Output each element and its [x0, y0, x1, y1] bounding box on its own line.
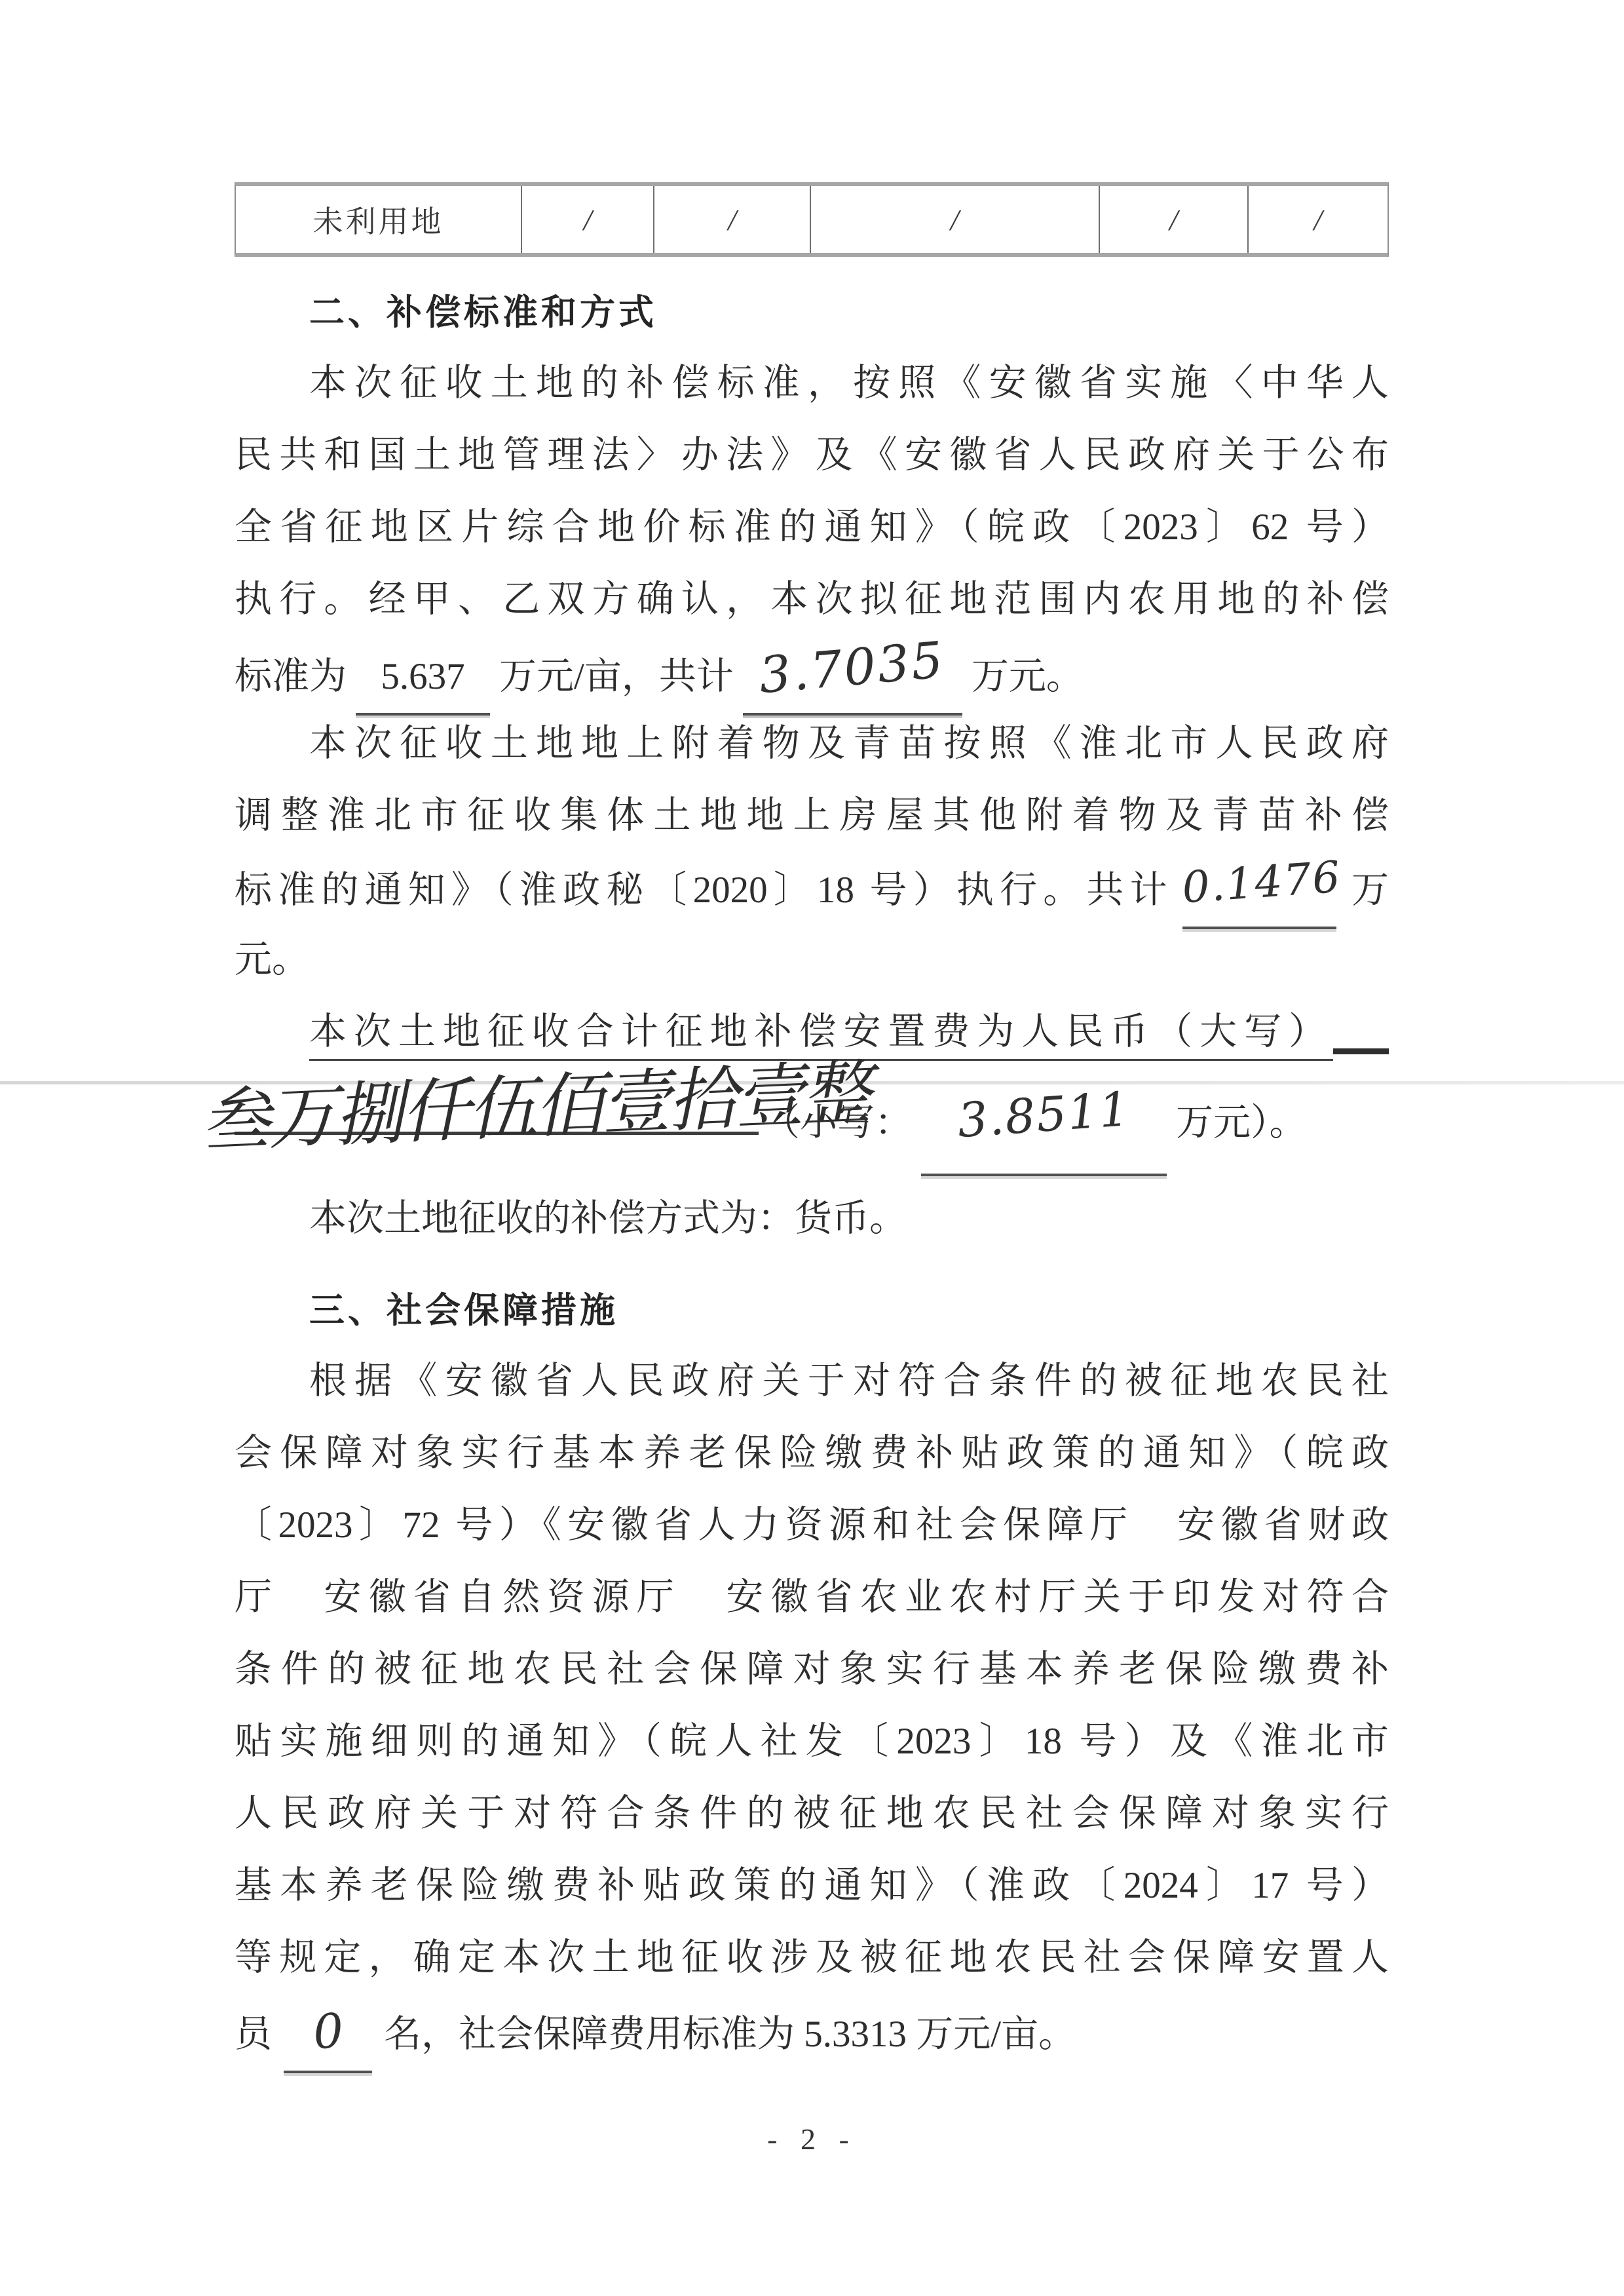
paragraph-line: 民共和国土地管理法〉办法》及《安徽省人民政府关于公布 — [235, 419, 1389, 491]
persons-suffix: 名，社会保障费用标准为 5.3313 万元/亩。 — [384, 2014, 1076, 2055]
social-security-persons-line: 员0名，社会保障费用标准为 5.3313 万元/亩。 — [235, 1994, 1389, 2066]
document-page: 未利用地 / / / / / 二、补偿标准和方式 本次征收土地的补偿标准，按照《… — [0, 0, 1624, 2296]
handwritten-persons-count: 0 — [311, 1995, 345, 2069]
rate-prefix: 标准为 — [235, 656, 347, 697]
paragraph-line: 执行。经甲、乙双方确认，本次拟征地范围内农用地的补偿 — [235, 564, 1389, 636]
paragraph-line: 调整淮北市征收集体土地地上房屋其他附着物及青苗补偿 — [235, 780, 1389, 852]
paragraph-line: 基本养老保险缴费补贴政策的通知》（淮政〔2024〕17 号） — [235, 1850, 1389, 1922]
blank-underline-dash — [1333, 1048, 1389, 1054]
table-slash-cell: / — [810, 186, 1099, 253]
document-content: 未利用地 / / / / / 二、补偿标准和方式 本次征收土地的补偿标准，按照《… — [235, 182, 1389, 2066]
land-use-table-row: 未利用地 / / / / / — [235, 182, 1389, 257]
rate-value: 5.637 — [381, 656, 464, 697]
paragraph-line: 〔2023〕72 号）《安徽省人力资源和社会保障厅 安徽省财政 — [235, 1489, 1389, 1561]
paragraph-line: 会保障对象实行基本养老保险缴费补贴政策的通知》（皖政 — [235, 1417, 1389, 1489]
total-blank: 3.7035 — [743, 636, 962, 716]
rate-mid: 万元/亩，共计 — [499, 656, 734, 697]
lowercase-suffix: 万元）。 — [1176, 1102, 1307, 1143]
section-2-heading: 二、补偿标准和方式 — [235, 278, 1389, 347]
paragraph-line: 全省征地区片综合地价标准的通知》（皖政〔2023〕62 号） — [235, 491, 1389, 564]
payment-method-line: 本次土地征收的补偿方式为：货币。 — [235, 1183, 1389, 1255]
land-type-cell: 未利用地 — [236, 186, 521, 253]
attachments-suffix: 万 — [1346, 870, 1389, 911]
persons-prefix: 员 — [235, 2014, 272, 2055]
paragraph-line: 条件的被征地农民社会保障对象实行基本养老保险缴费补 — [235, 1634, 1389, 1706]
paragraph-line: 元。 — [235, 924, 1389, 996]
compensation-rate-line: 标准为5.637万元/亩，共计3.7035万元。 — [235, 636, 1389, 708]
persons-blank: 0 — [284, 1994, 372, 2073]
lowercase-amount-blank: 3.8511 — [921, 1068, 1167, 1176]
paragraph-line: 等规定，确定本次土地征收涉及被征地农民社会保障安置人 — [235, 1922, 1389, 1994]
handwritten-attachments-amount: 0.1476 — [1180, 841, 1344, 925]
handwritten-total-amount: 3.7035 — [757, 624, 948, 712]
attachments-amount-line: 标准的通知》（淮政秘〔2020〕18 号）执行。共计0.1476万 — [235, 852, 1389, 924]
paragraph-line: 根据《安徽省人民政府关于对符合条件的被征地农民社 — [235, 1345, 1389, 1417]
capital-amount-handwritten-line: 叁万捌仟伍佰壹拾壹整（小写：3.8511万元）。 — [235, 1068, 1389, 1183]
table-slash-cell: / — [653, 186, 809, 253]
capital-amount-blank: 叁万捌仟伍佰壹拾壹整 — [235, 1132, 759, 1135]
table-slash-cell: / — [521, 186, 654, 253]
table-slash-cell: / — [1099, 186, 1247, 253]
paragraph-line: 厅 安徽省自然资源厅 安徽省农业农村厅关于印发对符合 — [235, 1561, 1389, 1634]
paragraph-line: 本次征收土地地上附着物及青苗按照《淮北市人民政府 — [235, 708, 1389, 780]
handwritten-lowercase-amount: 3.8511 — [954, 1058, 1133, 1172]
rate-blank: 5.637 — [356, 641, 490, 716]
rate-suffix: 万元。 — [972, 656, 1084, 697]
attachments-prefix: 标准的通知》（淮政秘〔2020〕18 号）执行。共计 — [235, 870, 1173, 911]
paragraph-line: 人民政府关于对符合条件的被征地农民社会保障对象实行 — [235, 1778, 1389, 1850]
section-3-heading: 三、社会保障措施 — [235, 1276, 1389, 1345]
page-number: - 2 - — [0, 2122, 1624, 2156]
paragraph-line: 本次征收土地的补偿标准，按照《安徽省实施〈中华人 — [235, 347, 1389, 419]
paragraph-line: 贴实施细则的通知》（皖人社发〔2023〕18 号）及《淮北市 — [235, 1706, 1389, 1778]
attachments-blank: 0.1476 — [1182, 852, 1336, 929]
table-slash-cell: / — [1247, 186, 1387, 253]
